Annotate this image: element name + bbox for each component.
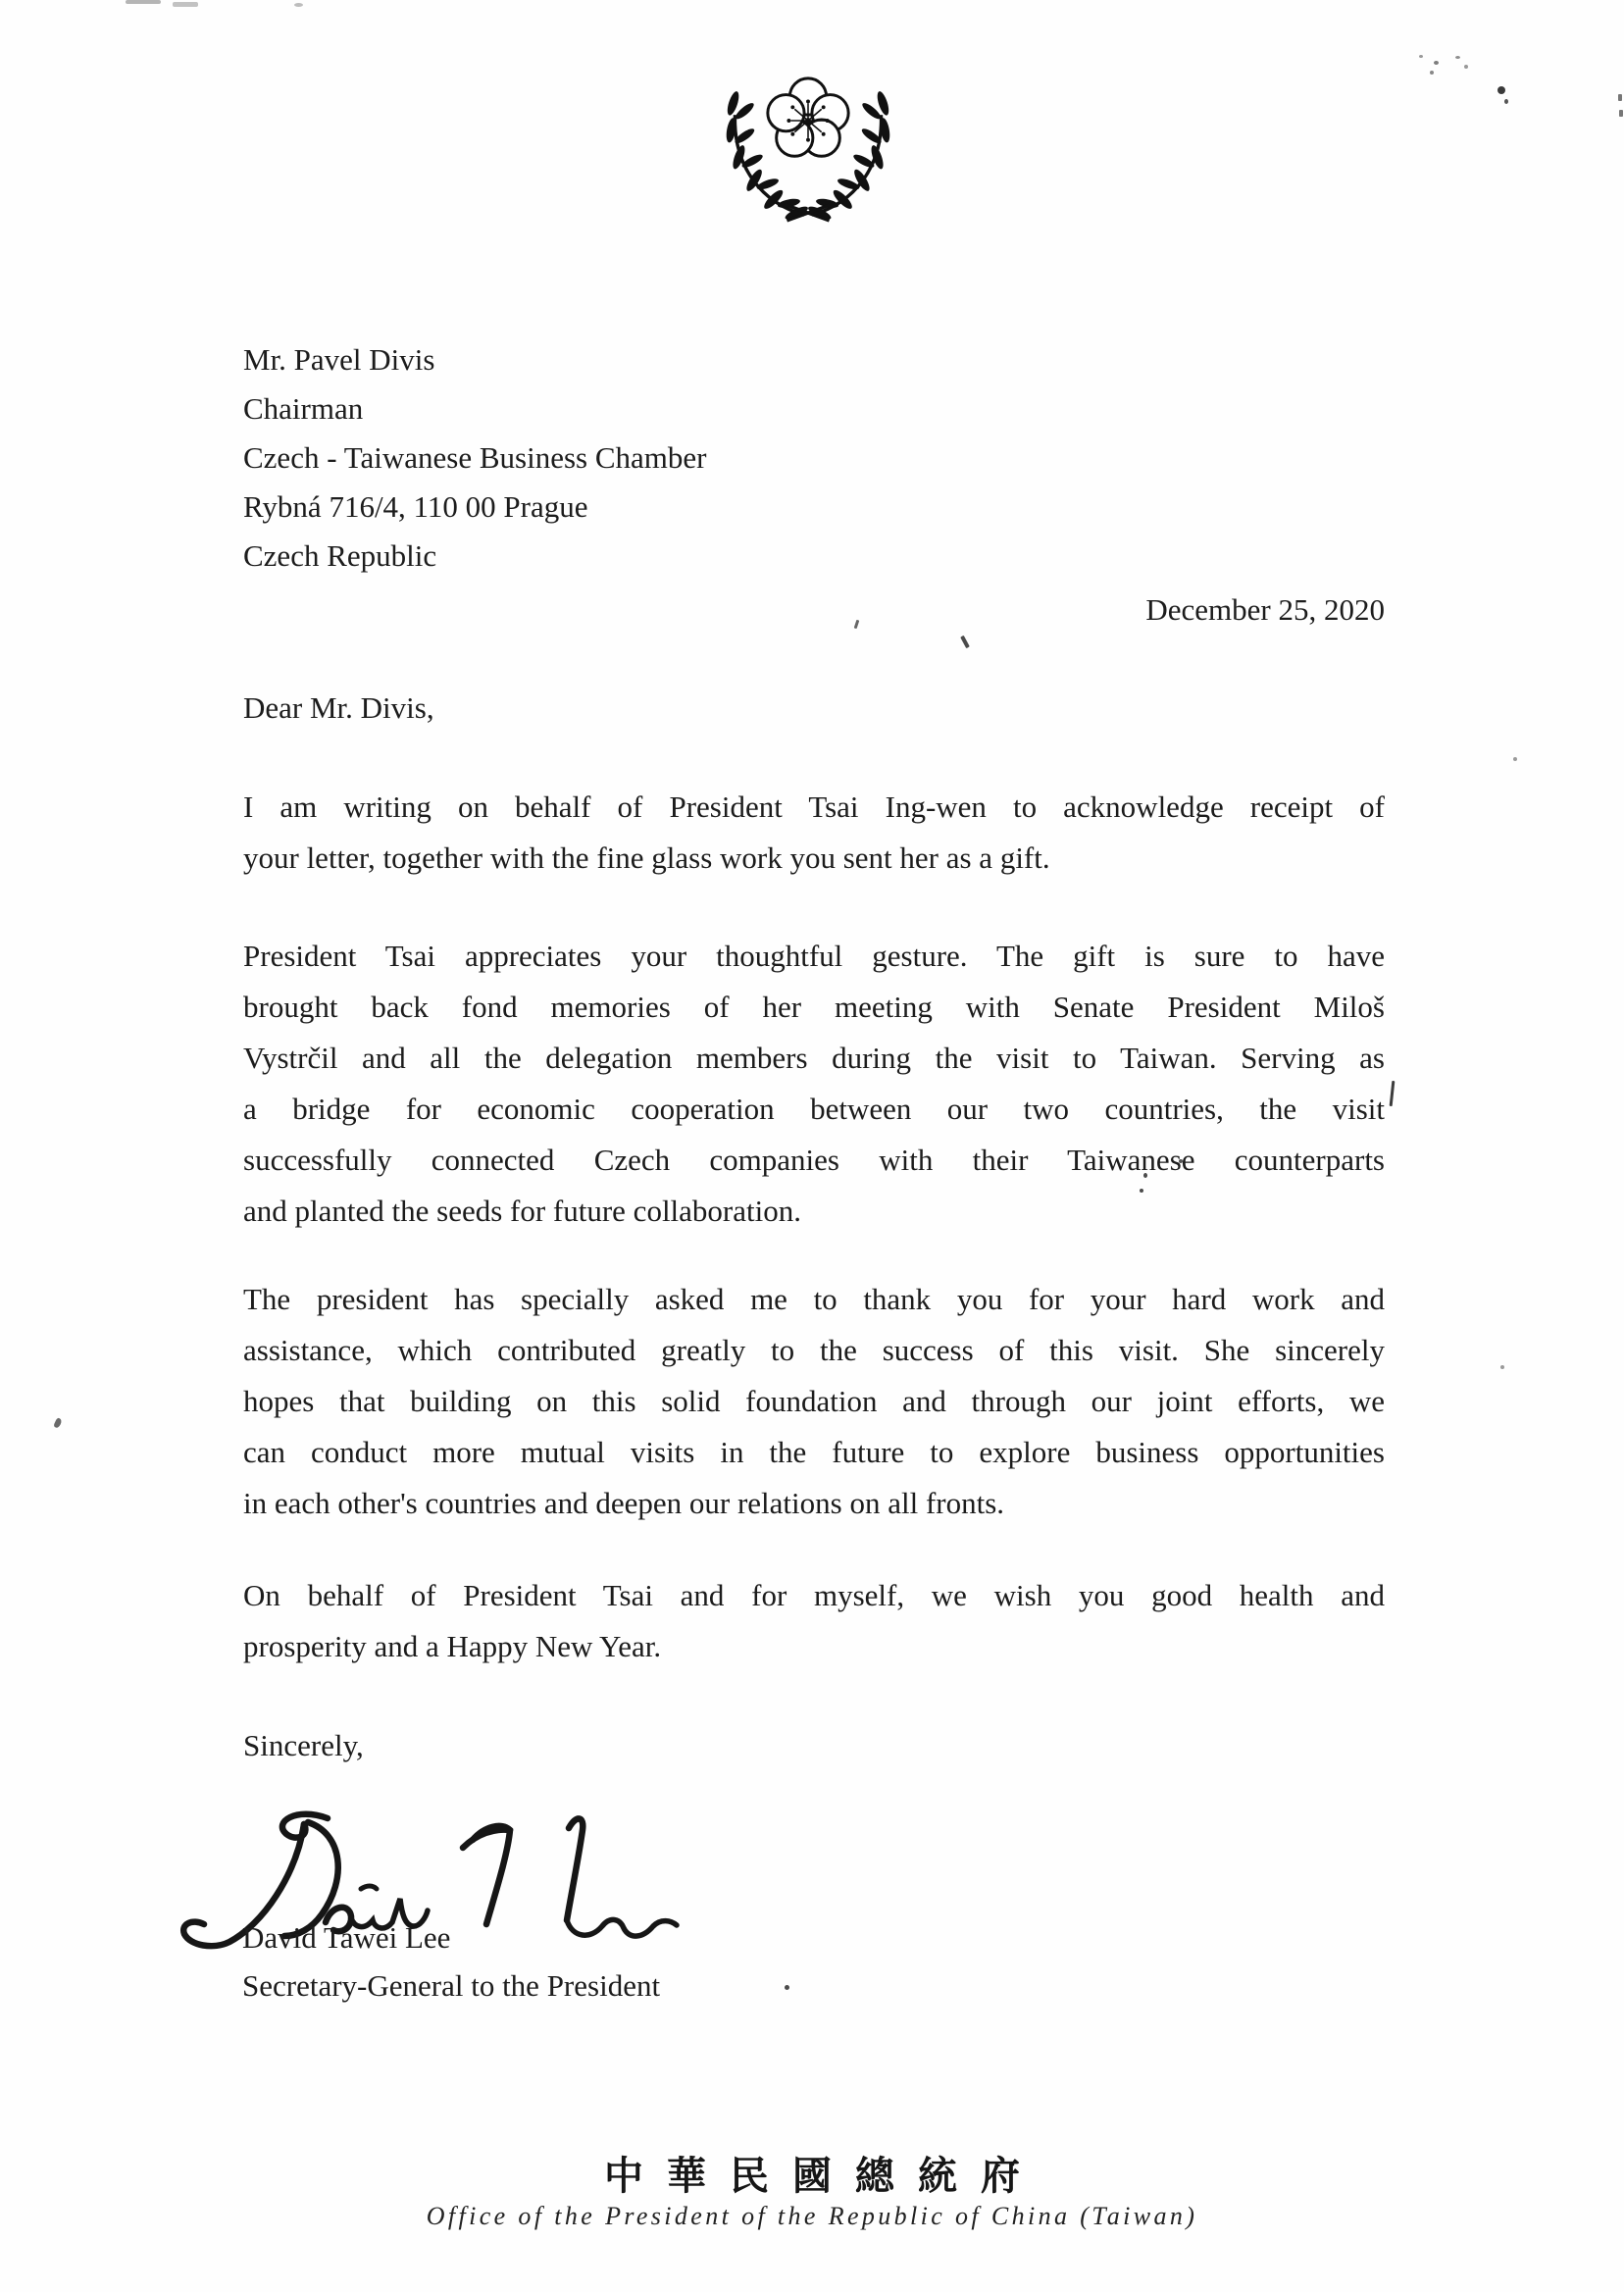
letter-page: Mr. Pavel Divis Chairman Czech - Taiwane… [0,0,1624,2292]
closing: Sincerely, [243,1720,1385,1771]
recipient-street: Rybná 716/4, 110 00 Prague [243,483,1385,532]
body-line: in each other's countries and deepen our… [243,1478,1385,1529]
footer-english-office-name: Office of the President of the Republic … [0,2200,1624,2233]
scan-artifact [960,636,970,648]
letter-date: December 25, 2020 [243,585,1385,636]
scan-artifact [1455,56,1460,59]
scan-artifact [1434,61,1439,65]
salutation: Dear Mr. Divis, [243,683,1385,734]
body-line: your letter, together with the fine glas… [243,833,1385,884]
scan-artifact [785,1985,789,1990]
scan-artifact [294,3,303,7]
scan-artifact [1419,55,1423,58]
scan-artifact [1140,1189,1143,1193]
scan-artifact [53,1417,63,1429]
body-line: brought back fond memories of her meetin… [243,982,1385,1033]
scan-artifact [1618,94,1622,101]
body-line: a bridge for economic cooperation betwee… [243,1084,1385,1135]
body-line: can conduct more mutual visits in the fu… [243,1427,1385,1478]
recipient-role: Chairman [243,384,1385,433]
scan-artifact [1464,65,1468,69]
signer-title: Secretary-General to the President [242,1966,660,2006]
body-paragraph: President Tsai appreciates your thoughtf… [243,931,1385,1237]
recipient-organization: Czech - Taiwanese Business Chamber [243,433,1385,483]
body-paragraph: On behalf of President Tsai and for myse… [243,1570,1385,1672]
recipient-address-block: Mr. Pavel Divis Chairman Czech - Taiwane… [243,335,1385,581]
body-line: and planted the seeds for future collabo… [243,1186,1385,1237]
scan-artifact [1504,99,1508,104]
signer-name: David Tawei Lee [242,1918,450,1958]
body-line: The president has specially asked me to … [243,1274,1385,1325]
scan-artifact [1619,110,1623,117]
scan-artifact [1179,1159,1183,1163]
scan-artifact [1513,757,1517,761]
recipient-country: Czech Republic [243,532,1385,581]
body-line: successfully connected Czech companies w… [243,1135,1385,1186]
recipient-name: Mr. Pavel Divis [243,335,1385,384]
scan-artifact [1500,1365,1504,1369]
body-line: President Tsai appreciates your thoughtf… [243,931,1385,982]
body-line: I am writing on behalf of President Tsai… [243,782,1385,833]
scan-artifact [126,0,161,4]
body-line: prosperity and a Happy New Year. [243,1621,1385,1672]
body-line: hopes that building on this solid founda… [243,1376,1385,1427]
scan-artifact [173,2,198,7]
body-paragraph: I am writing on behalf of President Tsai… [243,782,1385,884]
body-line: On behalf of President Tsai and for myse… [243,1570,1385,1621]
scan-artifact [1390,1081,1396,1106]
presidential-emblem-icon [712,67,904,224]
body-line: Vystrčil and all the delegation members … [243,1033,1385,1084]
footer-chinese-office-name: 中華民國總統府 [0,2154,1624,2199]
scan-artifact [1430,71,1434,75]
scan-artifact [1143,1173,1147,1178]
body-line: assistance, which contributed greatly to… [243,1325,1385,1376]
body-paragraph: The president has specially asked me to … [243,1274,1385,1529]
scan-artifact [1497,86,1505,94]
